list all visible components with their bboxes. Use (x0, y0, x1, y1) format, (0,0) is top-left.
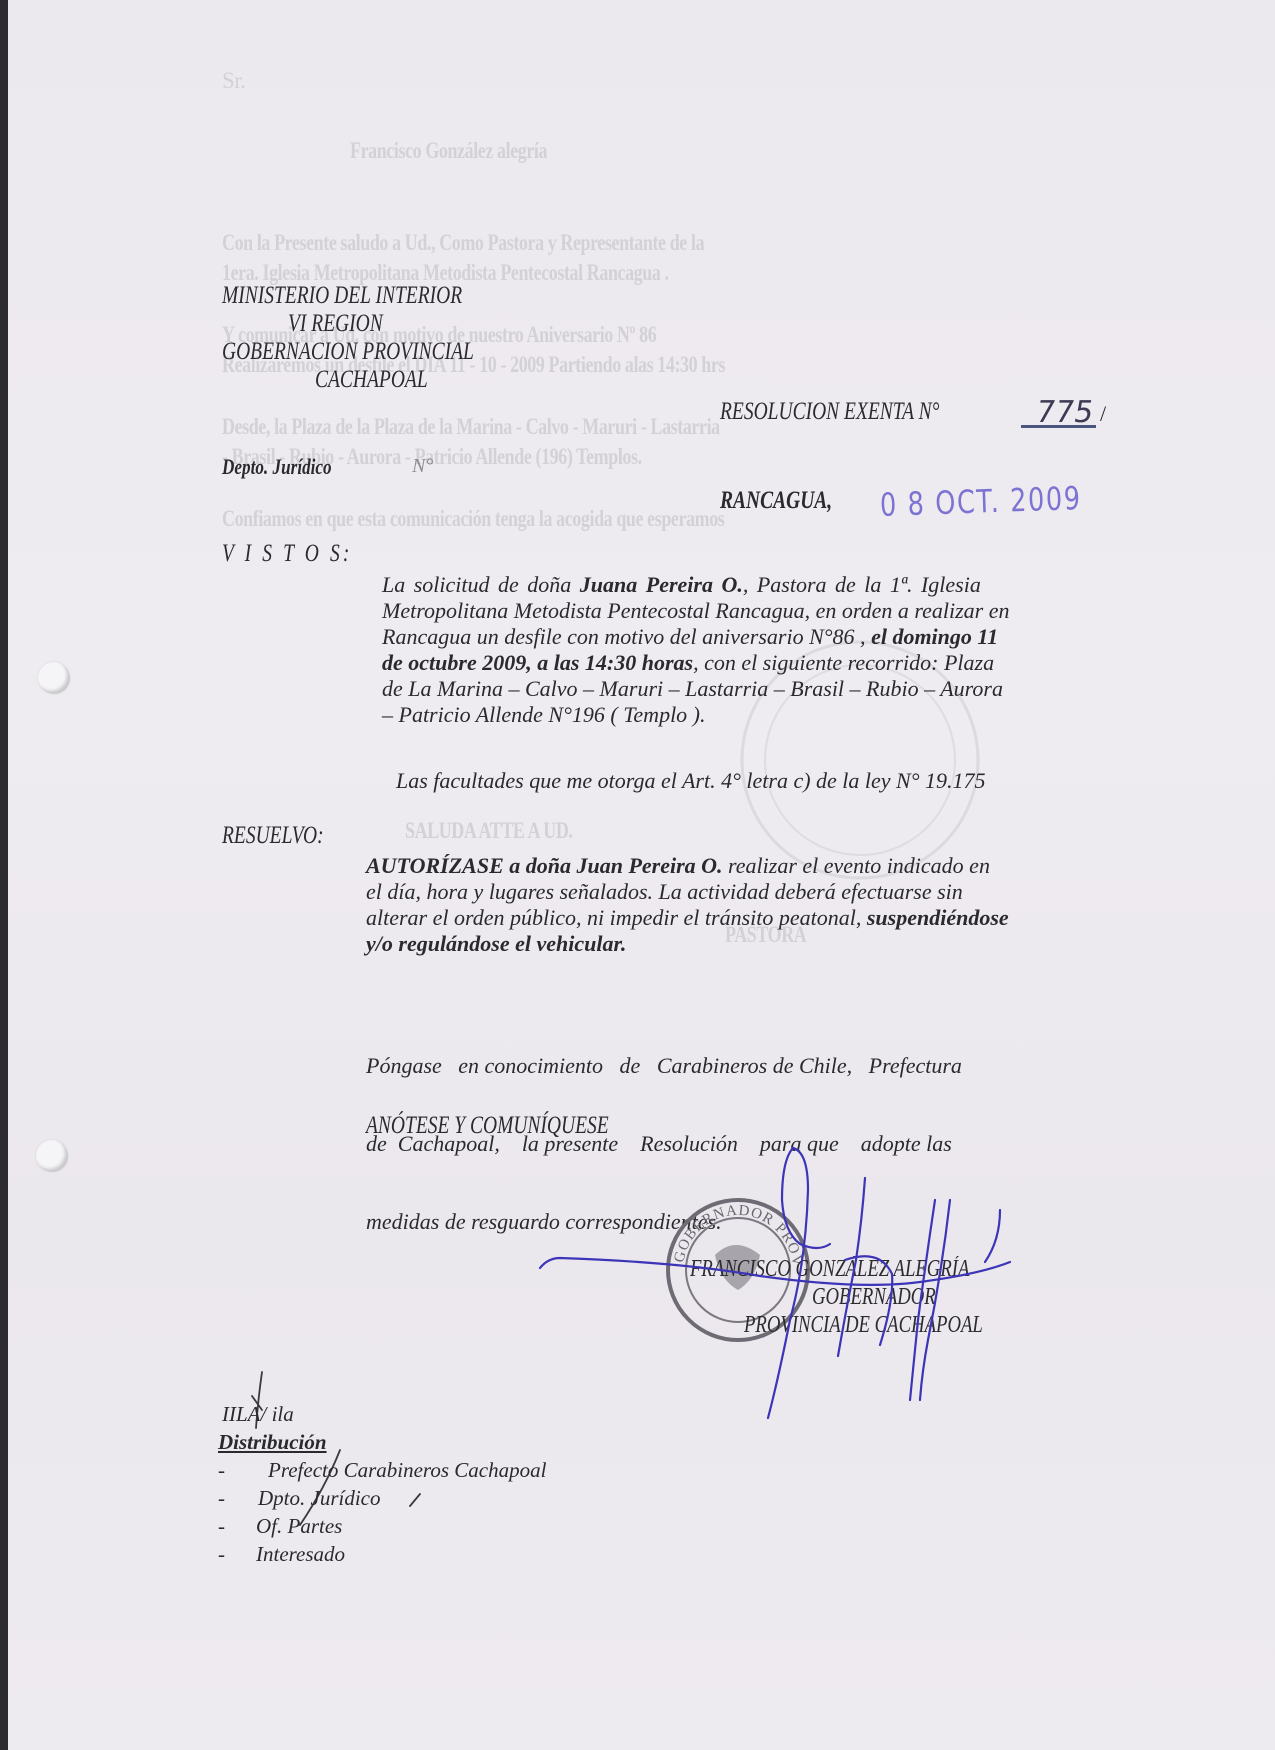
handwritten-signature-icon (0, 0, 1275, 1750)
bullet-dash: - (218, 1456, 256, 1484)
distribution-list: Distribución -Prefecto Carabineros Cacha… (218, 1428, 546, 1568)
distribution-item-text: Interesado (256, 1542, 345, 1566)
distribution-item-text: Dpto. Jurídico (256, 1486, 380, 1510)
distribution-title: Distribución (218, 1428, 546, 1456)
bullet-dash: - (218, 1512, 256, 1540)
distribution-item: -Interesado (218, 1540, 546, 1568)
distribution-item: -Prefecto Carabineros Cachapoal (218, 1456, 546, 1484)
distribution-item: -Of. Partes (218, 1512, 546, 1540)
distribution-item-text: Of. Partes (256, 1514, 342, 1538)
bullet-dash: - (218, 1540, 256, 1568)
bullet-dash: - (218, 1484, 256, 1512)
distribution-item: -Dpto. Jurídico (218, 1484, 546, 1512)
initials: IILA/ ila (222, 1400, 294, 1428)
distribution-item-text: Prefecto Carabineros Cachapoal (256, 1458, 546, 1482)
